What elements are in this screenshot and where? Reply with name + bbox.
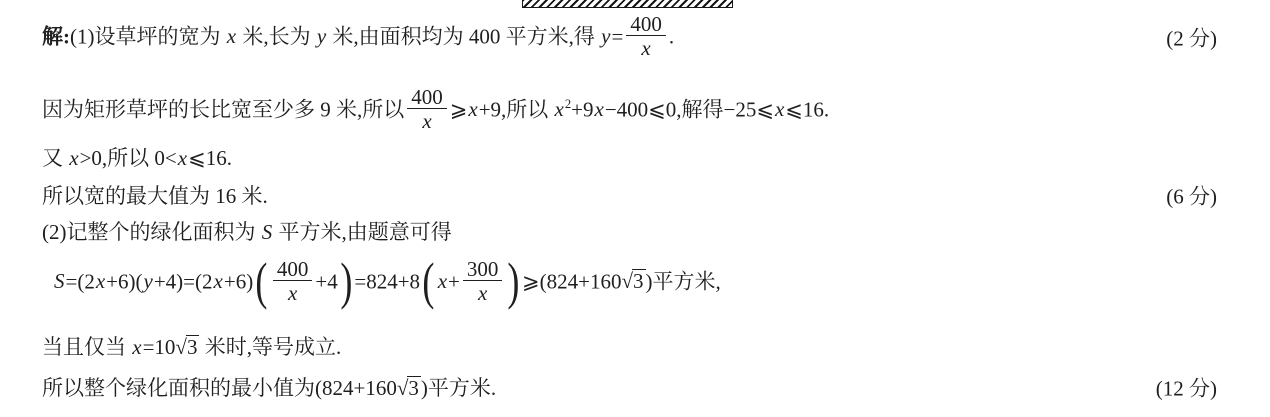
solution-line: 所以整个绿化面积的最小值为(824+160√3)平方米.(12 分) bbox=[42, 376, 1217, 401]
fraction-denominator: x bbox=[626, 35, 666, 60]
text-run: 米,由面积均为 400 平方米,得 bbox=[327, 24, 600, 48]
fraction-denominator: x bbox=[463, 280, 503, 305]
text-run: 因为矩形草坪的长比宽至少多 9 米,所以 bbox=[42, 97, 404, 121]
solution-line: 因为矩形草坪的长比宽至少多 9 米,所以400x⩾x+9,所以 x2+9x−40… bbox=[42, 86, 1217, 137]
solution-line: 又 x>0,所以 0<x⩽16. bbox=[42, 146, 1217, 171]
fraction-numerator: 400 bbox=[626, 13, 666, 35]
radicand: 3 bbox=[632, 269, 646, 292]
math-variable: S bbox=[53, 269, 66, 293]
text-run: )平方米, bbox=[646, 269, 721, 293]
text-run: . bbox=[669, 24, 674, 48]
text-run: +4)=(2 bbox=[154, 269, 213, 293]
text-run: +9,所以 bbox=[479, 97, 554, 121]
text-run: 所以整个绿化面积的最小值为(824+160 bbox=[42, 376, 397, 400]
text-run: −400⩽0,解得−25⩽ bbox=[605, 97, 774, 121]
text-run: ⩽16. bbox=[785, 97, 829, 121]
math-variable: x bbox=[177, 146, 188, 170]
big-parenthesis: ) bbox=[340, 258, 352, 305]
text-run: 平方米,由题意可得 bbox=[273, 220, 452, 244]
text-run: 米,长为 bbox=[237, 24, 316, 48]
solution-line: 当且仅当 x=10√3 米时,等号成立. bbox=[42, 335, 1217, 360]
score-label: (12 分) bbox=[1156, 376, 1217, 401]
solution-line: S=(2x+6)(y+4)=(2x+6)(400x+4)=824+8(x+300… bbox=[53, 258, 1217, 309]
fraction-numerator: 400 bbox=[273, 258, 313, 280]
text-run: ⩾ bbox=[450, 97, 468, 121]
fraction-denominator: x bbox=[407, 108, 447, 133]
score-label: (6 分) bbox=[1166, 184, 1217, 209]
text-run: (1)设草坪的宽为 bbox=[70, 24, 226, 48]
solution-line: 所以宽的最大值为 16 米.(6 分) bbox=[42, 184, 1217, 209]
text-run: 解: bbox=[42, 24, 70, 48]
math-variable: x bbox=[594, 97, 605, 121]
big-parenthesis: ( bbox=[256, 258, 268, 305]
math-variable: x bbox=[95, 269, 106, 293]
radicand: 3 bbox=[407, 376, 421, 399]
math-radical: √3 bbox=[621, 269, 645, 294]
text-run: 米时,等号成立. bbox=[199, 335, 341, 359]
math-variable: x bbox=[131, 335, 142, 359]
fraction-denominator: x bbox=[273, 280, 313, 305]
radicand: 3 bbox=[186, 335, 200, 358]
math-variable: x bbox=[226, 24, 237, 48]
text-run: 当且仅当 bbox=[42, 335, 131, 359]
math-variable: x bbox=[68, 146, 79, 170]
text-run: +6) bbox=[224, 269, 253, 293]
math-radical: √3 bbox=[397, 376, 421, 401]
math-fraction: 400x bbox=[626, 13, 666, 60]
math-fraction: 300x bbox=[463, 258, 503, 305]
text-run: >0,所以 0< bbox=[80, 146, 177, 170]
hatched-boundary-strip bbox=[522, 0, 733, 8]
text-run: ⩽16. bbox=[188, 146, 232, 170]
math-variable: x bbox=[554, 97, 565, 121]
math-variable: y bbox=[316, 24, 327, 48]
solution-line: (2)记整个的绿化面积为 S 平方米,由题意可得 bbox=[42, 220, 1217, 245]
text-run: 又 bbox=[42, 146, 68, 170]
text-run: +6)( bbox=[106, 269, 142, 293]
text-run: =824+8 bbox=[354, 269, 420, 293]
math-variable: x bbox=[467, 97, 478, 121]
math-variable: y bbox=[143, 269, 154, 293]
big-parenthesis: ( bbox=[422, 258, 434, 305]
fraction-numerator: 400 bbox=[407, 86, 447, 108]
math-fraction: 400x bbox=[273, 258, 313, 305]
math-fraction: 400x bbox=[407, 86, 447, 133]
text-run: = bbox=[611, 24, 623, 48]
solution-line: 解:(1)设草坪的宽为 x 米,长为 y 米,由面积均为 400 平方米,得 y… bbox=[42, 13, 1217, 64]
text-run: + bbox=[448, 269, 460, 293]
text-run: 所以宽的最大值为 16 米. bbox=[42, 184, 268, 208]
page: 解:(1)设草坪的宽为 x 米,长为 y 米,由面积均为 400 平方米,得 y… bbox=[0, 0, 1270, 417]
text-run: ⩾(824+160 bbox=[522, 269, 621, 293]
math-variable: y bbox=[600, 24, 611, 48]
text-run: )平方米. bbox=[421, 376, 496, 400]
math-radical: √3 bbox=[175, 335, 199, 360]
text-run: +4 bbox=[315, 269, 337, 293]
math-variable: x bbox=[213, 269, 224, 293]
text-run: =10 bbox=[143, 335, 176, 359]
fraction-numerator: 300 bbox=[463, 258, 503, 280]
math-power: x2 bbox=[554, 97, 572, 121]
big-parenthesis: ) bbox=[508, 258, 520, 305]
math-variable: S bbox=[261, 220, 274, 244]
text-run: (2)记整个的绿化面积为 bbox=[42, 220, 261, 244]
math-variable: x bbox=[437, 269, 448, 293]
text-run: +9 bbox=[571, 97, 593, 121]
text-run: =(2 bbox=[66, 269, 95, 293]
math-variable: x bbox=[774, 97, 785, 121]
score-label: (2 分) bbox=[1166, 26, 1217, 51]
